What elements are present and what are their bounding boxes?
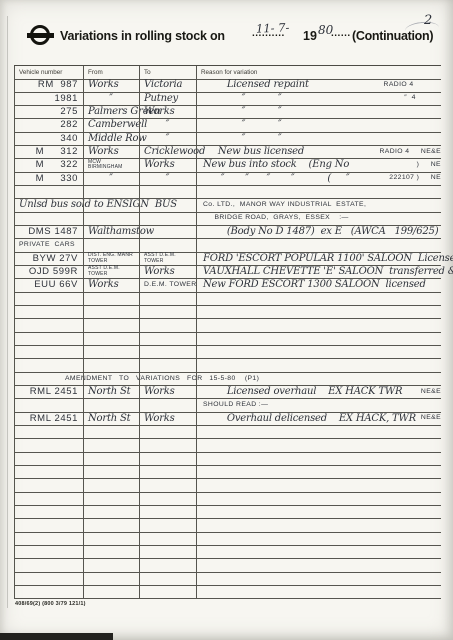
reason-text: ″ ″ xyxy=(203,120,282,130)
cell-to xyxy=(139,410,196,412)
form-reference-number: 408/69(2) (800 3/79 121/1) xyxy=(15,601,86,607)
table-body: RM 987WorksVictoria Licensed repaintRADI… xyxy=(14,80,441,600)
cell-reason: (Body No D 1487) ex E (AWCA 199/625) xyxy=(196,227,441,239)
reason-text: ″ ″ xyxy=(203,107,282,117)
cell-to xyxy=(139,224,196,226)
grid-line-col2 xyxy=(139,66,140,599)
cell-vehicle-number: RM 987 xyxy=(14,80,83,92)
table-row xyxy=(14,479,441,492)
cell-vehicle-number: BYW 27V xyxy=(14,254,83,266)
cell-reason: New bus into stock (Eng No) NE xyxy=(196,160,441,172)
reason-text: BRIDGE ROAD, GRAYS, ESSEX :— xyxy=(203,215,349,223)
reason-text: New bus into stock (Eng No xyxy=(203,160,349,170)
cell-vehicle-number: EUU 66V xyxy=(14,280,83,292)
cell-reason: ″ ″″ 4 xyxy=(196,94,441,106)
grid-line-col3 xyxy=(196,66,197,599)
cell-reason: New FORD ESCORT 1300 SALOON licensed xyxy=(196,280,441,292)
table-row: Unlsd bus sold to ENSIGN BUSCo. LTD., MA… xyxy=(14,199,441,212)
rolling-stock-table: Vehicle number From To Reason for variat… xyxy=(14,65,441,599)
table-row xyxy=(14,493,441,506)
table-row: 1981″Putney ″ ″″ 4 xyxy=(14,93,441,106)
reason-text: Licensed overhaul EX HACK TWR xyxy=(203,387,402,397)
cell-reason: ″ ″ xyxy=(196,120,441,132)
table-row xyxy=(14,546,441,559)
cell-from: Camberwell xyxy=(83,120,139,132)
cell-from: Palmers Green xyxy=(83,107,139,119)
scan-edge-line xyxy=(7,16,8,608)
cell-reason: BRIDGE ROAD, GRAYS, ESSEX :— xyxy=(196,215,441,225)
cell-to: Works xyxy=(139,160,196,172)
table-row xyxy=(14,186,441,199)
table-row xyxy=(14,506,441,519)
table-row: 282Camberwell″ ″ ″ xyxy=(14,119,441,132)
cell-vehicle-number: 340 xyxy=(14,134,83,146)
table-row: DMS 1487Walthamstow (Body No D 1487) ex … xyxy=(14,226,441,239)
cell-vehicle-number: RML 2451 xyxy=(14,387,83,399)
table-row xyxy=(14,359,441,372)
cell-to: ″ xyxy=(139,120,196,132)
cell-to: Cricklewood xyxy=(139,147,196,159)
table-row xyxy=(14,466,441,479)
reason-note: RADIO 4 NE&E xyxy=(379,149,441,157)
reason-note: ) NE xyxy=(417,162,441,170)
cell-vehicle-number xyxy=(14,223,83,225)
table-row xyxy=(14,319,441,332)
table-row: RM 987WorksVictoria Licensed repaintRADI… xyxy=(14,80,441,93)
reason-text: ″ ″ ″ ″ ( ″ xyxy=(203,174,349,184)
reason-text: New bus licensed xyxy=(203,147,304,157)
table-row: M 330″″ ″ ″ ″ ″ ( ″222107 ) NE xyxy=(14,173,441,186)
table-row: OJD 599RASST D.E.M. TOWERWorksVAUXHALL C… xyxy=(14,266,441,279)
cell-vehicle-number xyxy=(14,410,83,412)
cell-reason: ″ ″ ″ ″ ( ″222107 ) NE xyxy=(196,174,441,186)
scan-artifact-bar xyxy=(0,633,113,640)
cell-from: North St xyxy=(83,414,139,426)
table-row xyxy=(14,426,441,439)
cell-to: Works xyxy=(139,267,196,279)
table-row xyxy=(14,439,441,452)
table-row xyxy=(14,519,441,532)
reason-text: New FORD ESCORT 1300 SALOON licensed xyxy=(203,280,426,290)
column-header-to: To xyxy=(139,69,196,79)
table-row: PRIVATE CARS xyxy=(14,239,441,252)
table-row: EUU 66VWorksD.E.M. TOWERNew FORD ESCORT … xyxy=(14,279,441,292)
reason-text: Overhaul delicensed EX HACK, TWR xyxy=(203,414,416,424)
reason-note: RADIO 4 xyxy=(384,82,441,90)
grid-line-col1 xyxy=(83,66,84,599)
cell-from: ″ xyxy=(83,94,139,106)
reason-text: ″ ″ xyxy=(203,94,282,104)
cell-vehicle-number: 275 xyxy=(14,107,83,119)
cell-reason: FORD 'ESCORT POPULAR 1100' SALOON Licens… xyxy=(196,254,441,266)
table-row: RML 2451North StWorks Licensed overhaul … xyxy=(14,386,441,399)
cell-to: ASST D.E.M. TOWER xyxy=(139,253,196,265)
cell-vehicle-number: M 312 xyxy=(14,147,83,159)
cell-reason: Co. LTD., MANOR WAY INDUSTRIAL ESTATE, xyxy=(196,202,441,212)
table-row: SHOULD READ :— xyxy=(14,399,441,412)
cell-to xyxy=(139,237,196,239)
table-row xyxy=(14,533,441,546)
cell-reason: New bus licensedRADIO 4 NE&E xyxy=(196,147,441,159)
london-transport-roundel-icon xyxy=(27,25,54,45)
cell-from xyxy=(83,224,139,226)
cell-annotation: Unlsd bus sold to ENSIGN BUS xyxy=(14,200,196,212)
cell-vehicle-number: 1981 xyxy=(14,94,83,106)
cell-to: Works xyxy=(139,414,196,426)
table-row xyxy=(14,453,441,466)
date-dotted-line-2: ...... xyxy=(331,28,351,39)
table-row xyxy=(14,306,441,319)
table-row: AMENDMENT TO VARIATIONS FOR 15-5-80 (P1) xyxy=(14,373,441,386)
cell-reason: VAUXHALL CHEVETTE 'E' SALOON transferred… xyxy=(196,267,441,279)
cell-to: Victoria xyxy=(139,80,196,92)
cell-from: DIST. ENG. MANR TOWER xyxy=(83,253,139,265)
cell-to: Putney xyxy=(139,94,196,106)
reason-text: Co. LTD., MANOR WAY INDUSTRIAL ESTATE, xyxy=(203,202,366,210)
cell-from: ASST D.E.M. TOWER xyxy=(83,266,139,278)
cell-to: Works xyxy=(139,107,196,119)
pen-swirl-mark xyxy=(404,20,439,37)
cell-vehicle-number: DMS 1487 xyxy=(14,227,83,239)
cell-reason: Licensed overhaul EX HACK TWRNE&E xyxy=(196,387,441,399)
reason-text: FORD 'ESCORT POPULAR 1100' SALOON Licens… xyxy=(203,254,453,264)
table-row: M 322MCW BIRMINGHAMWorksNew bus into sto… xyxy=(14,159,441,172)
cell-vehicle-number: RML 2451 xyxy=(14,414,83,426)
table-row xyxy=(14,559,441,572)
cell-to: Works xyxy=(139,387,196,399)
table-row: BRIDGE ROAD, GRAYS, ESSEX :— xyxy=(14,213,441,226)
cell-from: Works xyxy=(83,280,139,292)
handwritten-date-day-month: 11- 7- xyxy=(256,20,290,35)
cell-to: ″ xyxy=(139,174,196,186)
reason-text: ″ ″ xyxy=(203,134,282,144)
table-row: M 312WorksCricklewood New bus licensedRA… xyxy=(14,146,441,159)
grid-line-left xyxy=(14,66,15,599)
table-row: 275Palmers GreenWorks ″ ″ xyxy=(14,106,441,119)
cell-from: MCW BIRMINGHAM xyxy=(83,160,139,172)
cell-reason: ″ ″ xyxy=(196,134,441,146)
cell-from: Works xyxy=(83,147,139,159)
reason-note: ″ 4 xyxy=(404,95,441,103)
reason-note: NE&E xyxy=(421,389,441,397)
cell-vehicle-number: 282 xyxy=(14,120,83,132)
table-header-row: Vehicle number From To Reason for variat… xyxy=(14,66,441,80)
table-row: 340Middle Row″ ″ ″ xyxy=(14,133,441,146)
cell-to: D.E.M. TOWER xyxy=(139,282,196,291)
cell-from: Works xyxy=(83,80,139,92)
reason-text: SHOULD READ :— xyxy=(203,402,268,410)
cell-reason: ″ ″ xyxy=(196,107,441,119)
cell-from: ″ xyxy=(83,174,139,186)
table-row: RML 2451North StWorks Overhaul delicense… xyxy=(14,413,441,426)
cell-from: North St xyxy=(83,387,139,399)
reason-note: 222107 ) NE xyxy=(389,175,441,183)
cell-from: Middle Row xyxy=(83,134,139,146)
reason-text: (Body No D 1487) ex E (AWCA 199/625) xyxy=(203,227,438,237)
column-header-reason: Reason for variation xyxy=(196,69,441,79)
table-row xyxy=(14,293,441,306)
cell-from xyxy=(83,410,139,412)
cell-vehicle-number: M 322 xyxy=(14,160,83,172)
table-row: BYW 27VDIST. ENG. MANR TOWERASST D.E.M. … xyxy=(14,253,441,266)
reason-note: NE&E xyxy=(421,415,441,423)
table-row xyxy=(14,586,441,599)
reason-text: VAUXHALL CHEVETTE 'E' SALOON transferred… xyxy=(203,267,453,277)
cell-to: ″ xyxy=(139,134,196,146)
cell-reason: Overhaul delicensed EX HACK, TWRNE&E xyxy=(196,414,441,426)
roundel-bar xyxy=(27,33,54,38)
cell-vehicle-number: OJD 599R xyxy=(14,267,83,279)
cell-reason: Licensed repaintRADIO 4 xyxy=(196,80,441,92)
column-header-from: From xyxy=(83,69,139,79)
table-row xyxy=(14,346,441,359)
printed-century: 19 xyxy=(303,29,317,43)
cell-vehicle-number: M 330 xyxy=(14,174,83,186)
reason-text: Licensed repaint xyxy=(203,80,309,90)
cell-reason: SHOULD READ :— xyxy=(196,402,441,412)
cell-annotation: AMENDMENT TO VARIATIONS FOR 15-5-80 (P1) xyxy=(14,376,441,385)
form-title: Variations in rolling stock on xyxy=(60,29,225,43)
cell-annotation: PRIVATE CARS xyxy=(14,242,196,251)
table-row xyxy=(14,573,441,586)
column-header-vehicle-number: Vehicle number xyxy=(14,69,83,79)
cell-from: Walthamstow xyxy=(83,227,139,239)
table-row xyxy=(14,333,441,346)
